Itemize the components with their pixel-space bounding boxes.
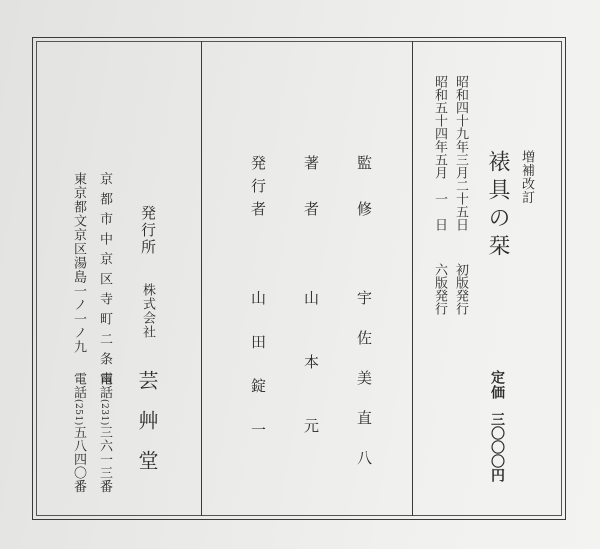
series-label: 増補改訂 bbox=[520, 150, 533, 204]
kyoto-phone-number: 三六一三番 bbox=[97, 426, 112, 494]
author-name: 山本元 bbox=[303, 290, 318, 482]
company-name: 芸艸堂 bbox=[137, 370, 157, 490]
kyoto-area-code: (231) bbox=[99, 399, 109, 426]
tokyo-phone: 電話(251)五八四〇番 bbox=[72, 372, 85, 493]
book-title: 裱具の栞 bbox=[486, 150, 508, 262]
author-role: 著者 bbox=[303, 155, 318, 247]
price-value: 三〇〇〇円 bbox=[490, 412, 504, 482]
tokyo-address: 東京都文京区湯島一ノ一ノ九 bbox=[72, 172, 85, 354]
kyoto-phone: 電話(231)三六一三番 bbox=[98, 372, 111, 493]
tokyo-phone-number: 五八四〇番 bbox=[71, 426, 86, 494]
divider-right bbox=[412, 41, 413, 516]
publisher-label: 発行所 bbox=[140, 205, 155, 256]
colophon-inner-frame bbox=[36, 41, 562, 516]
first-edition-label: 初版発行 bbox=[454, 263, 467, 315]
sixth-edition-label: 六版発行 bbox=[433, 263, 446, 315]
tokyo-area-code: (251) bbox=[73, 399, 83, 426]
price-label: 定価 bbox=[490, 370, 504, 400]
divider-left bbox=[201, 41, 202, 516]
issuer-name: 山田錠一 bbox=[250, 290, 265, 466]
company-type: 株式会社 bbox=[141, 283, 154, 339]
issuer-role: 発行者 bbox=[250, 155, 265, 224]
first-edition-date: 昭和四十九年三月二十五日 bbox=[454, 75, 467, 231]
supervisor-name: 宇佐美直八 bbox=[356, 290, 371, 490]
supervisor-role: 監修 bbox=[356, 155, 371, 247]
kyoto-address: 京都市中京区寺町二条南 bbox=[98, 172, 111, 392]
sixth-edition-date: 昭和五十四年五月 一 日 bbox=[433, 75, 446, 231]
kyoto-phone-label: 電話 bbox=[97, 372, 112, 399]
tokyo-phone-label: 電話 bbox=[71, 372, 86, 399]
